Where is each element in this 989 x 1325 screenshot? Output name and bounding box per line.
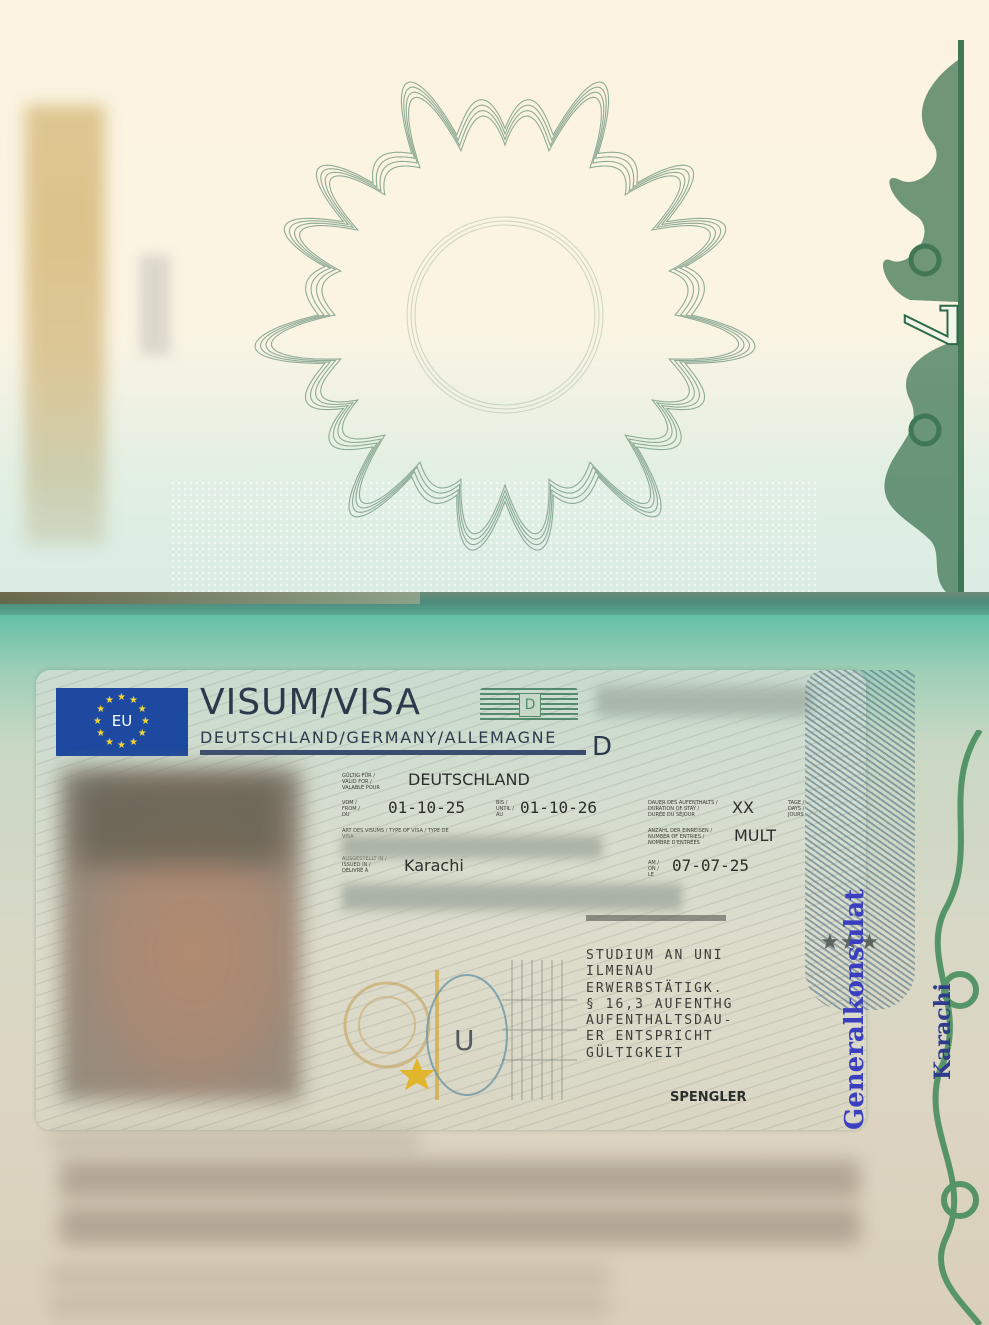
label-valid-for: GÜLTIG FÜR / VALID FOR / VALABLE POUR <box>342 773 382 791</box>
holder-photo-shade <box>76 775 286 865</box>
eu-star-icon: ★ <box>138 729 147 739</box>
remarks-text: STUDIUM AN UNI ILMENAU ERWERBSTÄTIGK. § … <box>586 948 733 1062</box>
label-issued-on: AM / ON / LE <box>648 860 662 878</box>
value-entries: MULT <box>734 826 776 845</box>
label-duration: DAUER DES AUFENTHALTS / DURATION OF STAY… <box>648 800 718 818</box>
eu-star-icon: ★ <box>129 738 138 748</box>
svg-text:U: U <box>454 1024 475 1057</box>
label-entries: ANZAHL DER EINREISEN / NUMBER OF ENTRIES… <box>648 828 718 846</box>
redacted-left-strip <box>25 105 105 545</box>
eu-star-icon: ★ <box>117 693 126 703</box>
label-until: BIS / UNTIL / AU <box>496 800 518 818</box>
eu-star-icon: ★ <box>129 696 138 706</box>
mrz-redacted <box>30 1125 860 1325</box>
label-issued-in: AUSGESTELLT IN / ISSUED IN / DÉLIVRÉ À <box>342 856 390 874</box>
eu-label: EU <box>56 712 188 730</box>
page-number: 7 <box>890 290 970 360</box>
eu-star-icon: ★ <box>96 729 105 739</box>
value-from: 01-10-25 <box>388 798 465 817</box>
remarks-label <box>586 915 726 921</box>
value-issued-on: 07-07-25 <box>672 856 749 875</box>
visa-number-redacted <box>596 686 811 716</box>
category-guilloche-box: D <box>480 688 578 722</box>
eu-star-icon: ★ <box>105 738 114 748</box>
visa-category: D <box>592 732 612 762</box>
gutter-shadow <box>0 592 420 604</box>
hologram-icon: U <box>342 940 582 1105</box>
value-valid-for: DEUTSCHLAND <box>408 770 530 789</box>
consulate-stamp-line1: Generalkonsulat <box>840 870 880 1130</box>
microprint-line <box>200 750 586 755</box>
category-box-letter: D <box>519 693 541 717</box>
eu-flag-icon: ★★★★★★★★★★★★ EU <box>56 688 188 756</box>
label-from: VOM / FROM / DU <box>342 800 364 818</box>
eu-star-icon: ★ <box>105 696 114 706</box>
visa-title: VISUM/VISA <box>200 682 421 723</box>
issuing-country: DEUTSCHLAND/GERMANY/ALLEMAGNE <box>200 728 557 747</box>
eu-star-icon: ★ <box>117 741 126 751</box>
value-until: 01-10-26 <box>520 798 597 817</box>
redacted-mark <box>140 255 170 355</box>
type-of-visa-redacted <box>342 836 602 858</box>
consulate-stamp-line2: Karachi <box>930 880 970 1080</box>
guilloche-rosette-icon <box>250 60 760 570</box>
value-issued-in: Karachi <box>404 856 464 875</box>
passport-top-page: 7 <box>0 0 989 600</box>
visa-sticker: ★★★★★★★★★★★★ EU VISUM/VISA D DEUTSCHLAND… <box>36 670 866 1130</box>
holder-name-redacted <box>342 884 682 910</box>
issuing-officer-signature: SPENGLER <box>670 1090 747 1105</box>
value-duration: XX <box>732 798 754 817</box>
